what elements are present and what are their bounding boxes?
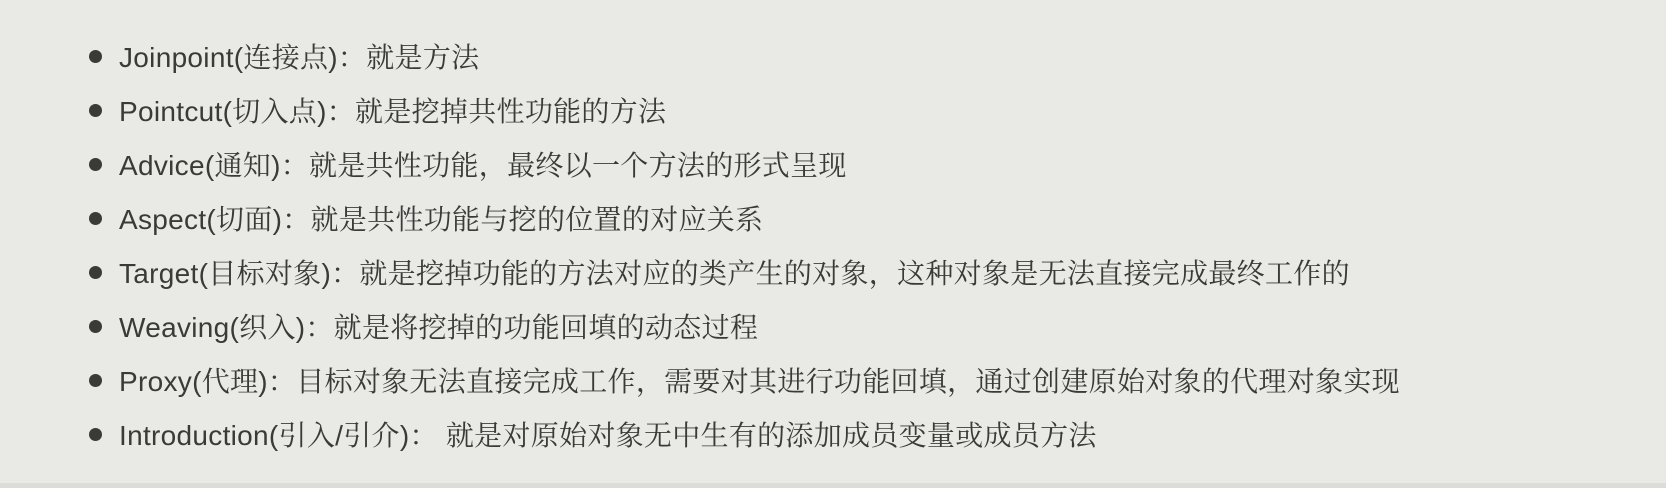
list-item: Target(目标对象)：就是挖掉功能的方法对应的类产生的对象，这种对象是无法直… bbox=[89, 245, 1666, 299]
bullet-icon bbox=[89, 158, 102, 171]
list-item: Introduction(引入/引介)： 就是对原始对象无中生有的添加成员变量或… bbox=[89, 407, 1666, 461]
list-item: Proxy(代理)：目标对象无法直接完成工作，需要对其进行功能回填，通过创建原始… bbox=[89, 353, 1666, 407]
list-item-text: Aspect(切面)：就是共性功能与挖的位置的对应关系 bbox=[119, 198, 763, 238]
list-item: Aspect(切面)：就是共性功能与挖的位置的对应关系 bbox=[89, 191, 1666, 245]
aop-term-list: Joinpoint(连接点)：就是方法 Pointcut(切入点)：就是挖掉共性… bbox=[0, 0, 1666, 461]
list-item-text: Weaving(织入)：就是将挖掉的功能回填的动态过程 bbox=[119, 306, 758, 346]
bullet-icon bbox=[89, 212, 102, 225]
bullet-icon bbox=[89, 428, 102, 441]
list-item-text: Introduction(引入/引介)： 就是对原始对象无中生有的添加成员变量或… bbox=[119, 414, 1097, 454]
list-item-text: Joinpoint(连接点)：就是方法 bbox=[119, 36, 479, 76]
list-item-text: Pointcut(切入点)：就是挖掉共性功能的方法 bbox=[119, 90, 666, 130]
list-item: Advice(通知)：就是共性功能，最终以一个方法的形式呈现 bbox=[89, 137, 1666, 191]
list-item-text: Proxy(代理)：目标对象无法直接完成工作，需要对其进行功能回填，通过创建原始… bbox=[119, 360, 1400, 400]
list-item-text: Target(目标对象)：就是挖掉功能的方法对应的类产生的对象，这种对象是无法直… bbox=[119, 252, 1350, 292]
bullet-icon bbox=[89, 374, 102, 387]
bullet-icon bbox=[89, 50, 102, 63]
list-item: Pointcut(切入点)：就是挖掉共性功能的方法 bbox=[89, 83, 1666, 137]
list-item: Joinpoint(连接点)：就是方法 bbox=[89, 29, 1666, 83]
list-item: Weaving(织入)：就是将挖掉的功能回填的动态过程 bbox=[89, 299, 1666, 353]
bullet-icon bbox=[89, 266, 102, 279]
list-item-text: Advice(通知)：就是共性功能，最终以一个方法的形式呈现 bbox=[119, 144, 847, 184]
bullet-icon bbox=[89, 104, 102, 117]
notes-page: Joinpoint(连接点)：就是方法 Pointcut(切入点)：就是挖掉共性… bbox=[0, 0, 1666, 488]
bottom-edge-shade bbox=[0, 483, 1666, 488]
bullet-icon bbox=[89, 320, 102, 333]
